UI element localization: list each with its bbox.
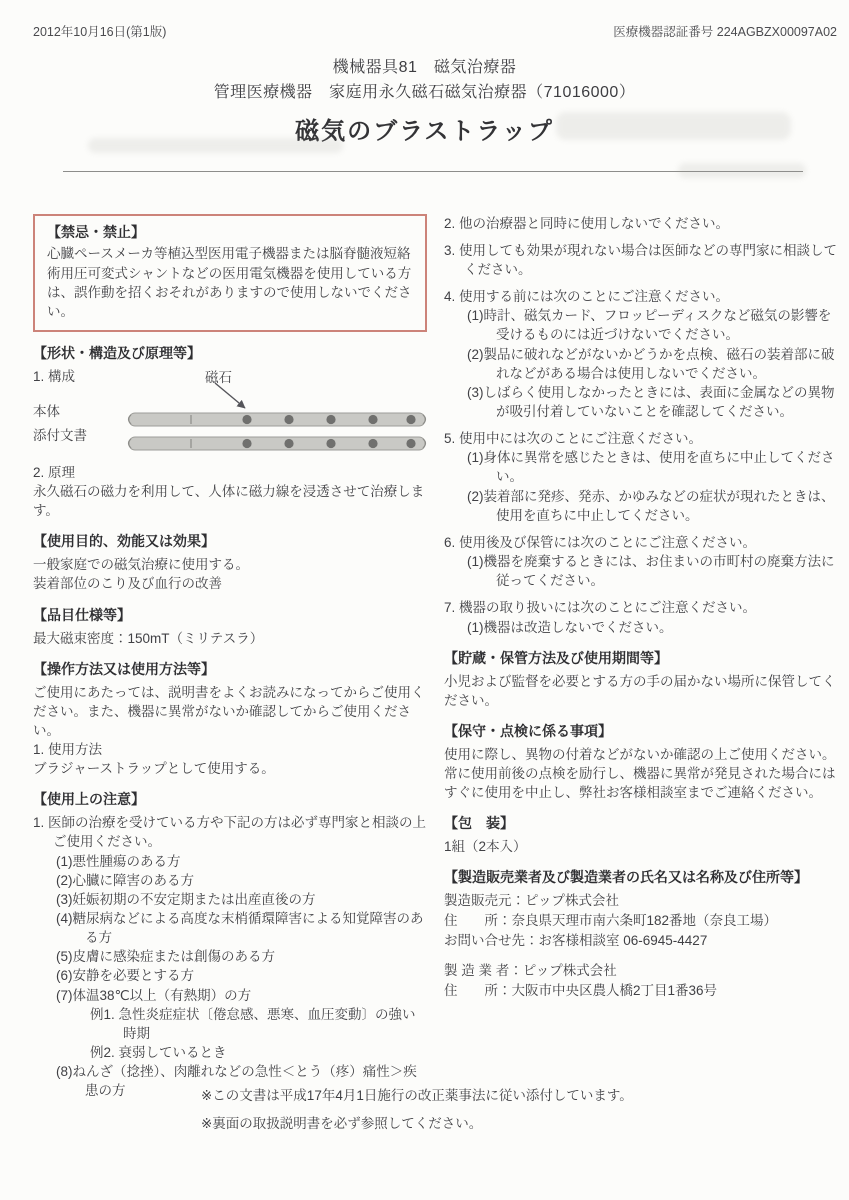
left-column: 【禁忌・禁止】 心臓ペースメーカ等植込型医用電子機器または脳脊髄液短絡術用圧可変… [33,214,427,1101]
device-class-line1: 機械器具81 磁気治療器 [0,56,849,81]
method-label: 1. 使用方法 [33,740,427,759]
purpose-line: 装着部位のこり及び血行の改善 [33,574,427,593]
storage-body: 小児および監督を必要とする方の手の届かない場所に保管してください。 [444,672,841,710]
footer-note-2: ※裏面の取扱説明書を必ず参照してください。 [201,1110,633,1138]
principle-label: 2. 原理 [33,463,427,482]
maintenance-body: 使用に際し、異物の付着などがないか確認の上ご使用ください。常に使用前後の点検を励… [444,745,841,802]
precaution-subitem: (1)身体に異常を感じたときは、使用を直ちに中止してください。 [467,448,841,486]
section-heading-spec: 【品目仕様等】 [33,606,427,626]
warning-box: 【禁忌・禁止】 心臓ペースメーカ等植込型医用電子機器または脳脊髄液短絡術用圧可変… [33,214,427,333]
operation-body: ご使用にあたっては、説明書をよくお読みになってからご使用ください。また、機器に異… [33,683,427,740]
packaging-body: 1組（2本入） [444,837,841,856]
section-heading-precautions: 【使用上の注意】 [33,790,427,810]
document-columns: 【禁忌・禁止】 心臓ペースメーカ等植込型医用電子機器または脳脊髄液短絡術用圧可変… [0,172,849,1101]
precaution-subitem: (1)悪性腫瘍のある方 [56,852,427,871]
principle-body: 永久磁石の磁力を利用して、人体に磁力線を浸透させて治療します。 [33,482,427,520]
certification-number: 医療機器認証番号 224AGBZX00097A02 [613,22,837,40]
precaution-example: 例2. 衰弱しているとき [90,1043,427,1062]
precaution-subitem: (1)時計、磁気カード、フロッピーディスクなど磁気の影響を受けるものには近づけな… [467,306,841,344]
warning-body: 心臓ペースメーカ等植込型医用電子機器または脳脊髄液短絡術用圧可変式シャントなどの… [47,244,413,321]
issue-date: 2012年10月16日(第1版) [33,22,166,40]
scan-artifact [678,163,806,178]
section-heading-maintenance: 【保守・点検に係る事項】 [444,722,841,742]
section-heading-storage: 【貯蔵・保管方法及び使用期間等】 [444,649,841,669]
distributor-name: 製造販売元：ピップ株式会社 [444,891,841,910]
precaution-item-4: 4. 使用する前には次のことにご注意ください。 [444,287,841,306]
maker-name: 製 造 業 者：ピップ株式会社 [444,961,841,980]
strap-2 [129,437,426,450]
distributor-address: 住 所：奈良県天理市南六条町182番地（奈良工場） [444,911,841,930]
document-page: 2012年10月16日(第1版) 医療機器認証番号 224AGBZX00097A… [0,0,849,1200]
warning-heading: 【禁忌・禁止】 [47,223,413,243]
precaution-item-3: 3. 使用しても効果が現れない場合は医師などの専門家に相談してください。 [444,241,841,279]
section-heading-purpose: 【使用目的、効能又は効果】 [33,532,427,552]
section-heading-packaging: 【包 装】 [444,814,841,834]
precaution-subitem: (4)糖尿病などによる高度な末梢循環障害による知覚障害のある方 [56,909,427,947]
magnet-arrow [215,383,245,408]
precaution-subitem: (6)安静を必要とする方 [56,966,427,985]
method-body: ブラジャーストラップとして使用する。 [33,759,427,778]
precaution-subitem: (2)心臓に障害のある方 [56,871,427,890]
precaution-item-6: 6. 使用後及び保管には次のことにご注意ください。 [444,533,841,552]
precaution-subitem: (7)体温38℃以上（有熱期）の方 [56,986,427,1005]
component-document-label: 添付文書 [33,426,87,445]
precaution-item-1: 1. 医師の治療を受けている方や下記の方は必ず専門家と相談の上ご使用ください。 [33,813,427,851]
precaution-example: 例1. 急性炎症症状〔倦怠感、悪寒、血圧変動〕の強い時期 [90,1005,427,1043]
component-body-label: 本体 [33,402,60,421]
section-heading-manufacturer: 【製造販売業者及び製造業者の氏名又は名称及び住所等】 [444,868,841,888]
purpose-line: 一般家庭での磁気治療に使用する。 [33,555,427,574]
precaution-subitem: (1)機器を廃棄するときには、お住まいの市町村の廃棄方法に従ってください。 [467,552,841,590]
strap-illustration-svg [123,379,435,463]
composition-label: 1. 構成 [33,367,75,386]
precaution-subitem: (2)装着部に発疹、発赤、かゆみなどの症状が現れたときは、使用を直ちに中止してく… [467,487,841,525]
section-heading-shape: 【形状・構造及び原理等】 [33,344,427,364]
right-column: 2. 他の治療器と同時に使用しないでください。 3. 使用しても効果が現れない場… [444,214,841,1000]
precaution-subitem: (3)妊娠初期の不安定期または出産直後の方 [56,890,427,909]
device-class-line2: 管理医療機器 家庭用永久磁石磁気治療器（71016000） [0,81,849,106]
precaution-item-7: 7. 機器の取り扱いには次のことにご注意ください。 [444,598,841,617]
product-diagram: 1. 構成 磁石 本体 添付文書 [33,367,427,463]
page-header: 2012年10月16日(第1版) 医療機器認証番号 224AGBZX00097A… [0,0,849,40]
maker-address: 住 所：大阪市中央区農人橋2丁目1番36号 [444,981,841,1000]
contact-line: お問い合せ先：お客様相談室 06-6945-4427 [444,931,841,950]
spec-line: 最大磁束密度：150mT（ミリテスラ） [33,629,427,648]
precaution-subitem: (3)しばらく使用しなかったときには、表面に金属などの異物が吸引付着していないこ… [467,383,841,421]
precaution-item-5: 5. 使用中には次のことにご注意ください。 [444,429,841,448]
strap-1 [129,413,426,426]
footer-note-1: ※この文書は平成17年4月1日施行の改正薬事法に従い添付しています。 [201,1082,633,1110]
scan-artifact [556,112,791,140]
precaution-item-2: 2. 他の治療器と同時に使用しないでください。 [444,214,841,233]
scan-artifact [88,138,343,153]
footer-notes: ※この文書は平成17年4月1日施行の改正薬事法に従い添付しています。 ※裏面の取… [201,1082,633,1137]
precaution-subitem: (2)製品に破れなどがないかどうかを点検、磁石の装着部に破れなどがある場合は使用… [467,345,841,383]
section-heading-operation: 【操作方法又は使用方法等】 [33,660,427,680]
precaution-subitem: (5)皮膚に感染症または創傷のある方 [56,947,427,966]
precaution-subitem: (1)機器は改造しないでください。 [467,618,841,637]
